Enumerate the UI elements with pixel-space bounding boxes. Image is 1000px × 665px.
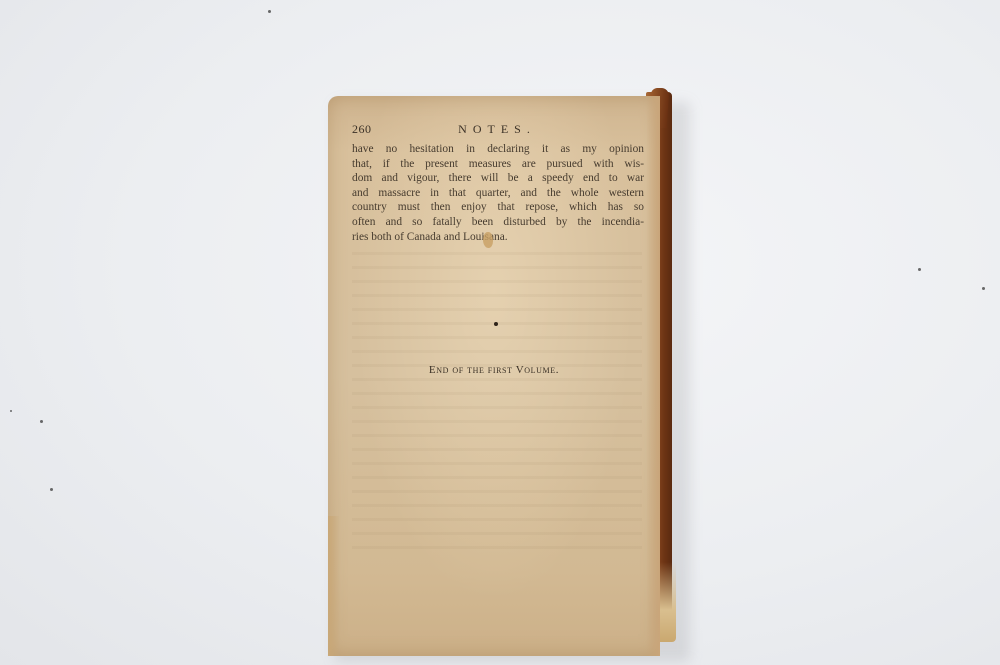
speck [918,268,921,271]
speck [268,10,271,13]
body-paragraph: have no hesitation in declaring it as my… [352,142,644,244]
text-line: ries both of Canada and Louisana. [352,230,644,245]
text-line: country must then enjoy that repose, whi… [352,200,644,215]
page-header: 260 NOTES. [352,122,642,140]
page-edge-right [646,96,660,656]
text-line: dom and vigour, there will be a speedy e… [352,171,644,186]
text-line: often and so fatally been disturbed by t… [352,215,644,230]
book: 260 NOTES. have no hesitation in declari… [328,92,690,658]
speck [40,420,43,423]
show-through-text [352,252,642,552]
text-line: that, if the present measures are pursue… [352,157,644,172]
speck [982,287,985,290]
text-line: have no hesitation in declaring it as my… [352,142,644,157]
page-stain [483,232,493,248]
speck [50,488,53,491]
speck [10,410,12,412]
page-edge-left [328,516,340,656]
text-line: and massacre in that quarter, and the wh… [352,186,644,201]
running-head: NOTES. [352,122,642,137]
book-page: 260 NOTES. have no hesitation in declari… [328,96,660,656]
end-of-volume-text: End of the first Volume. [328,364,660,376]
ornament-dot [494,322,498,326]
